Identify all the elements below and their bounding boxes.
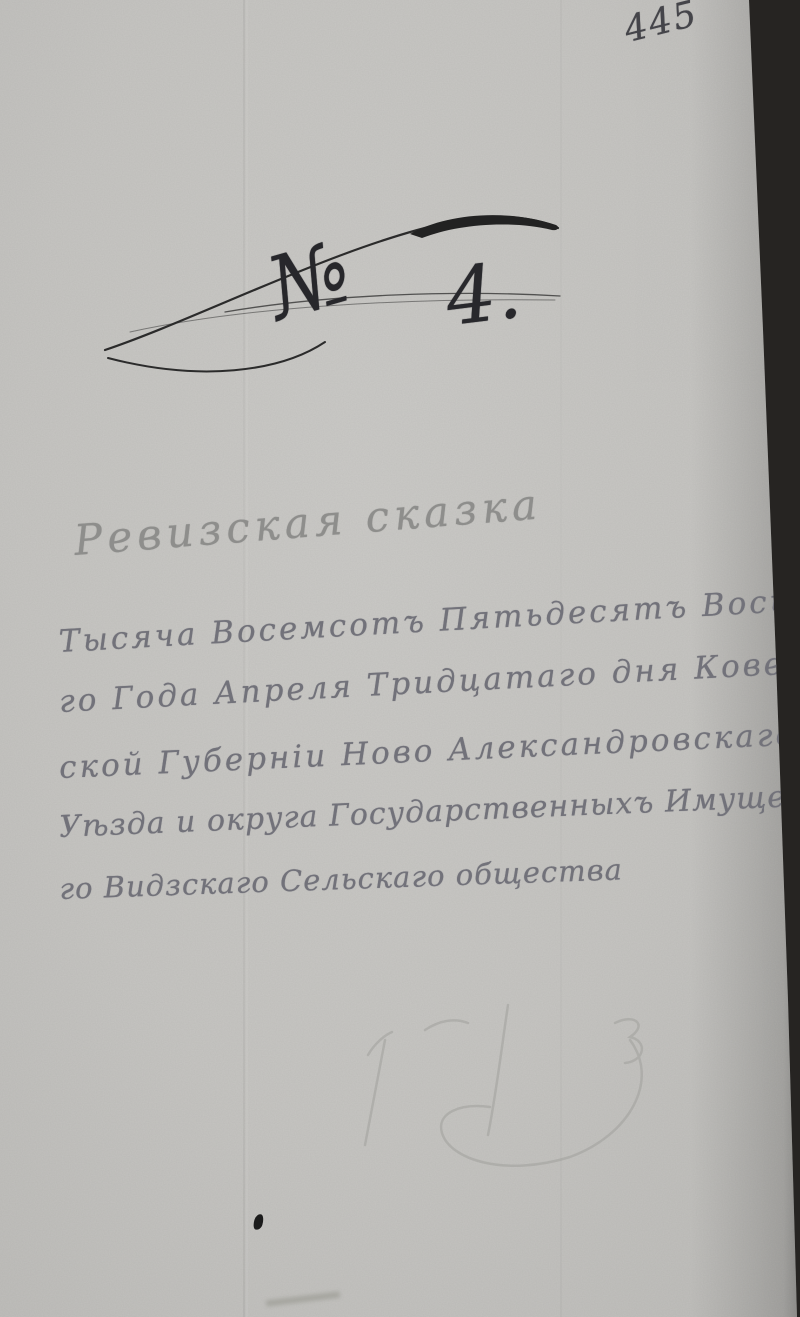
smudge-mark <box>266 1292 340 1307</box>
body-line: Уѣзда и округа Государственныхъ Имуществ… <box>59 776 800 845</box>
record-number-value: 4. <box>441 246 526 344</box>
numero-sign: № <box>256 221 362 340</box>
scan-background: { "scan": { "page_number": "445", "recor… <box>0 0 800 1317</box>
body-line: ской Губерніи Ново Александровскаго <box>58 717 797 786</box>
paper: 445 № 4. Ревизская сказка Тысяча Восемсо… <box>0 0 800 1317</box>
body-line: го Видзскаго Сельскаго общества <box>59 852 624 906</box>
crease-line <box>243 0 245 1317</box>
body-line: Тысяча Восемсотъ Пятьдесятъ Восьма <box>58 580 800 660</box>
pencil-scribble <box>330 985 660 1185</box>
ink-blot <box>252 1213 265 1231</box>
crease-highlight <box>246 0 248 1317</box>
page-number: 445 <box>620 0 702 51</box>
body-line: го Года Апреля Тридцатаго дня Ковен <box>58 645 800 720</box>
document-title: Ревизская сказка <box>72 479 543 565</box>
